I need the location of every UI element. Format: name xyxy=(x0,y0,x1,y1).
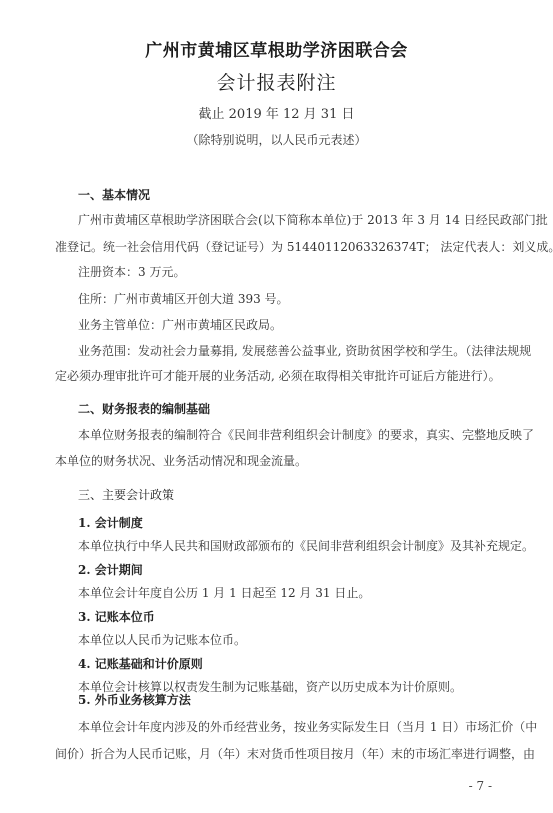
subsection-heading: 2. 会计期间 xyxy=(78,561,143,578)
page-number: - 7 - xyxy=(469,779,492,793)
paragraph-line: 业务主管单位：广州市黄埔区民政局。 xyxy=(78,316,282,333)
paragraph-line: 本单位的财务状况、业务活动情况和现金流量。 xyxy=(55,452,307,469)
subsection-heading: 4. 记账基础和计价原则 xyxy=(78,655,203,672)
currency-note: （除特别说明，以人民币元表述） xyxy=(0,131,553,148)
document-title: 会计报表附注 xyxy=(0,68,553,95)
paragraph-line: 间价）折合为人民币记账，月（年）末对货币性项目按月（年）末的市场汇率进行调整，由 xyxy=(55,745,535,762)
subsection-text: 本单位会计年度自公历 1 月 1 日起至 12 月 31 日止。 xyxy=(78,584,370,601)
paragraph-line: 住所：广州市黄埔区开创大道 393 号。 xyxy=(78,290,289,307)
as-of-date: 截止 2019 年 12 月 31 日 xyxy=(0,103,553,122)
paragraph-line: 注册资本：3 万元。 xyxy=(78,263,185,280)
subsection-heading: 1. 会计制度 xyxy=(78,514,143,531)
organization-title: 广州市黄埔区草根助学济困联合会 xyxy=(0,36,553,61)
paragraph-line: 定必须办理审批许可才能开展的业务活动, 必须在取得相关审批许可证后方能进行）。 xyxy=(55,367,501,384)
paragraph-line: 本单位财务报表的编制符合《民间非营利组织会计制度》的要求，真实、完整地反映了 xyxy=(78,426,534,443)
paragraph-line: 业务范围：发动社会力量募捐, 发展慈善公益事业, 资助贫困学校和学生。（法律法规… xyxy=(78,342,531,359)
section-heading-basic-info: 一、基本情况 xyxy=(78,186,150,203)
section-heading-policies: 三、主要会计政策 xyxy=(78,486,174,503)
subsection-heading: 3. 记账本位币 xyxy=(78,608,155,625)
section-heading-basis: 二、财务报表的编制基础 xyxy=(78,400,210,417)
paragraph-line: 准登记。统一社会信用代码（登记证号）为 51440112063326374T； … xyxy=(55,238,553,255)
subsection-text: 本单位执行中华人民共和国财政部颁布的《民间非营利组织会计制度》及其补充规定。 xyxy=(78,537,534,554)
paragraph-line: 广州市黄埔区草根助学济困联合会(以下简称本单位)于 2013 年 3 月 14 … xyxy=(78,211,548,228)
subsection-text: 本单位以人民币为记账本位币。 xyxy=(78,631,246,648)
subsection-heading: 5. 外币业务核算方法 xyxy=(78,691,191,708)
paragraph-line: 本单位会计年度内涉及的外币经营业务，按业务实际发生日（当月 1 日）市场汇价（中 xyxy=(78,718,537,735)
